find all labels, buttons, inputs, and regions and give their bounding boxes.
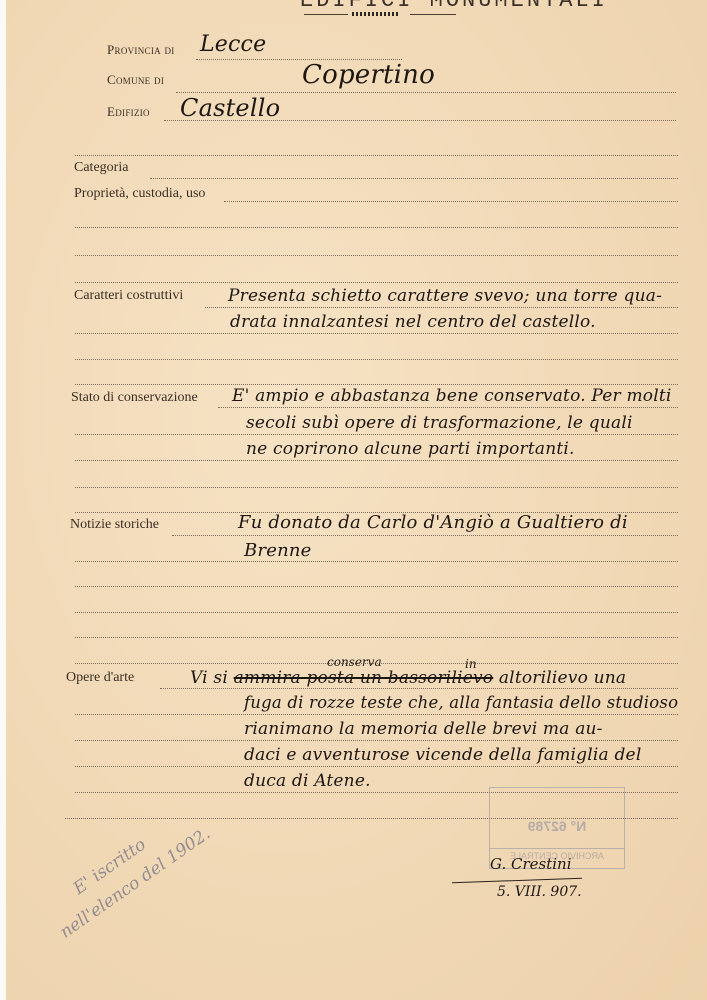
signature-date: 5. VIII. 907. xyxy=(497,884,582,900)
opere-text-1-start: Vi si xyxy=(190,668,228,688)
opere-text-3: rianimano la memoria delle brevi ma au- xyxy=(244,719,603,739)
caratteri-text-2: drata innalzantesi nel centro del castel… xyxy=(230,312,596,332)
opere-text-1-struck: ammira posta un bassorilievo xyxy=(234,668,494,688)
caratteri-line-1 xyxy=(205,307,678,308)
notizie-line-2 xyxy=(75,561,678,562)
opere-text-1: Vi si ammira posta un bassorilievo altor… xyxy=(190,668,626,688)
edifizio-label: Edifizio xyxy=(107,104,150,120)
rule-line xyxy=(75,359,678,360)
stamp-number: N° 62789 xyxy=(490,818,624,834)
rule-line xyxy=(75,384,678,385)
rule-line xyxy=(75,255,678,256)
stato-line-1 xyxy=(218,407,678,408)
proprieta-label: Proprietà, custodia, uso xyxy=(74,186,205,202)
rule-line xyxy=(75,282,678,283)
scan-edge xyxy=(0,0,6,1000)
rule-line xyxy=(75,612,678,613)
opere-text-1-end: altorilievo una xyxy=(499,668,626,688)
notizie-label: Notizie storiche xyxy=(70,517,159,533)
rule-line xyxy=(75,586,678,587)
provincia-label: Provincia di xyxy=(107,42,175,58)
notizie-text-1: Fu donato da Carlo d'Angiò a Gualtiero d… xyxy=(238,512,628,533)
rule-line xyxy=(75,637,678,638)
categoria-label: Categoria xyxy=(74,160,128,176)
notizie-text-2: Brenne xyxy=(244,540,312,561)
caratteri-label: Caratteri costruttivi xyxy=(74,288,183,304)
opere-text-5: duca di Atene. xyxy=(244,771,371,791)
caratteri-line-2 xyxy=(75,333,678,334)
comune-label: Comune di xyxy=(107,72,164,88)
signature-underline xyxy=(452,878,582,884)
opere-line-1 xyxy=(160,688,678,689)
opere-line-4 xyxy=(75,766,678,767)
stato-text-3: ne coprirono alcune parti importanti. xyxy=(246,439,575,459)
header-ornament xyxy=(304,12,464,18)
comune-value: Copertino xyxy=(302,60,435,90)
stato-text-1: E' ampio e abbastanza bene conservato. P… xyxy=(232,386,672,406)
edifizio-value: Castello xyxy=(180,94,280,122)
comune-line xyxy=(176,92,676,93)
stato-text-2: secoli subì opere di trasformazione, le … xyxy=(246,413,633,433)
rule-line xyxy=(75,155,678,156)
rule-line xyxy=(75,487,678,488)
provincia-value: Lecce xyxy=(200,32,266,57)
notizie-line-1 xyxy=(172,535,678,536)
caratteri-text-1: Presenta schietto carattere svevo; una t… xyxy=(228,286,662,306)
signature: G. Crestini xyxy=(490,855,572,873)
categoria-line xyxy=(150,178,678,179)
opere-line-2 xyxy=(75,714,678,715)
stato-line-2 xyxy=(75,434,678,435)
proprieta-line xyxy=(224,201,678,202)
opere-text-4: daci e avventurose vicende della famigli… xyxy=(244,745,641,765)
stato-label: Stato di conservazione xyxy=(71,390,198,406)
opere-line-3 xyxy=(75,740,678,741)
stato-line-3 xyxy=(75,460,678,461)
opere-insert-conserva: conserva xyxy=(327,655,382,669)
opere-text-2: fuga di rozze teste che, alla fantasia d… xyxy=(244,693,678,712)
opere-label: Opere d'arte xyxy=(66,670,134,686)
pencil-margin-note: E' iscritto nell'elenco del 1902. xyxy=(38,798,216,946)
rule-line xyxy=(75,227,678,228)
